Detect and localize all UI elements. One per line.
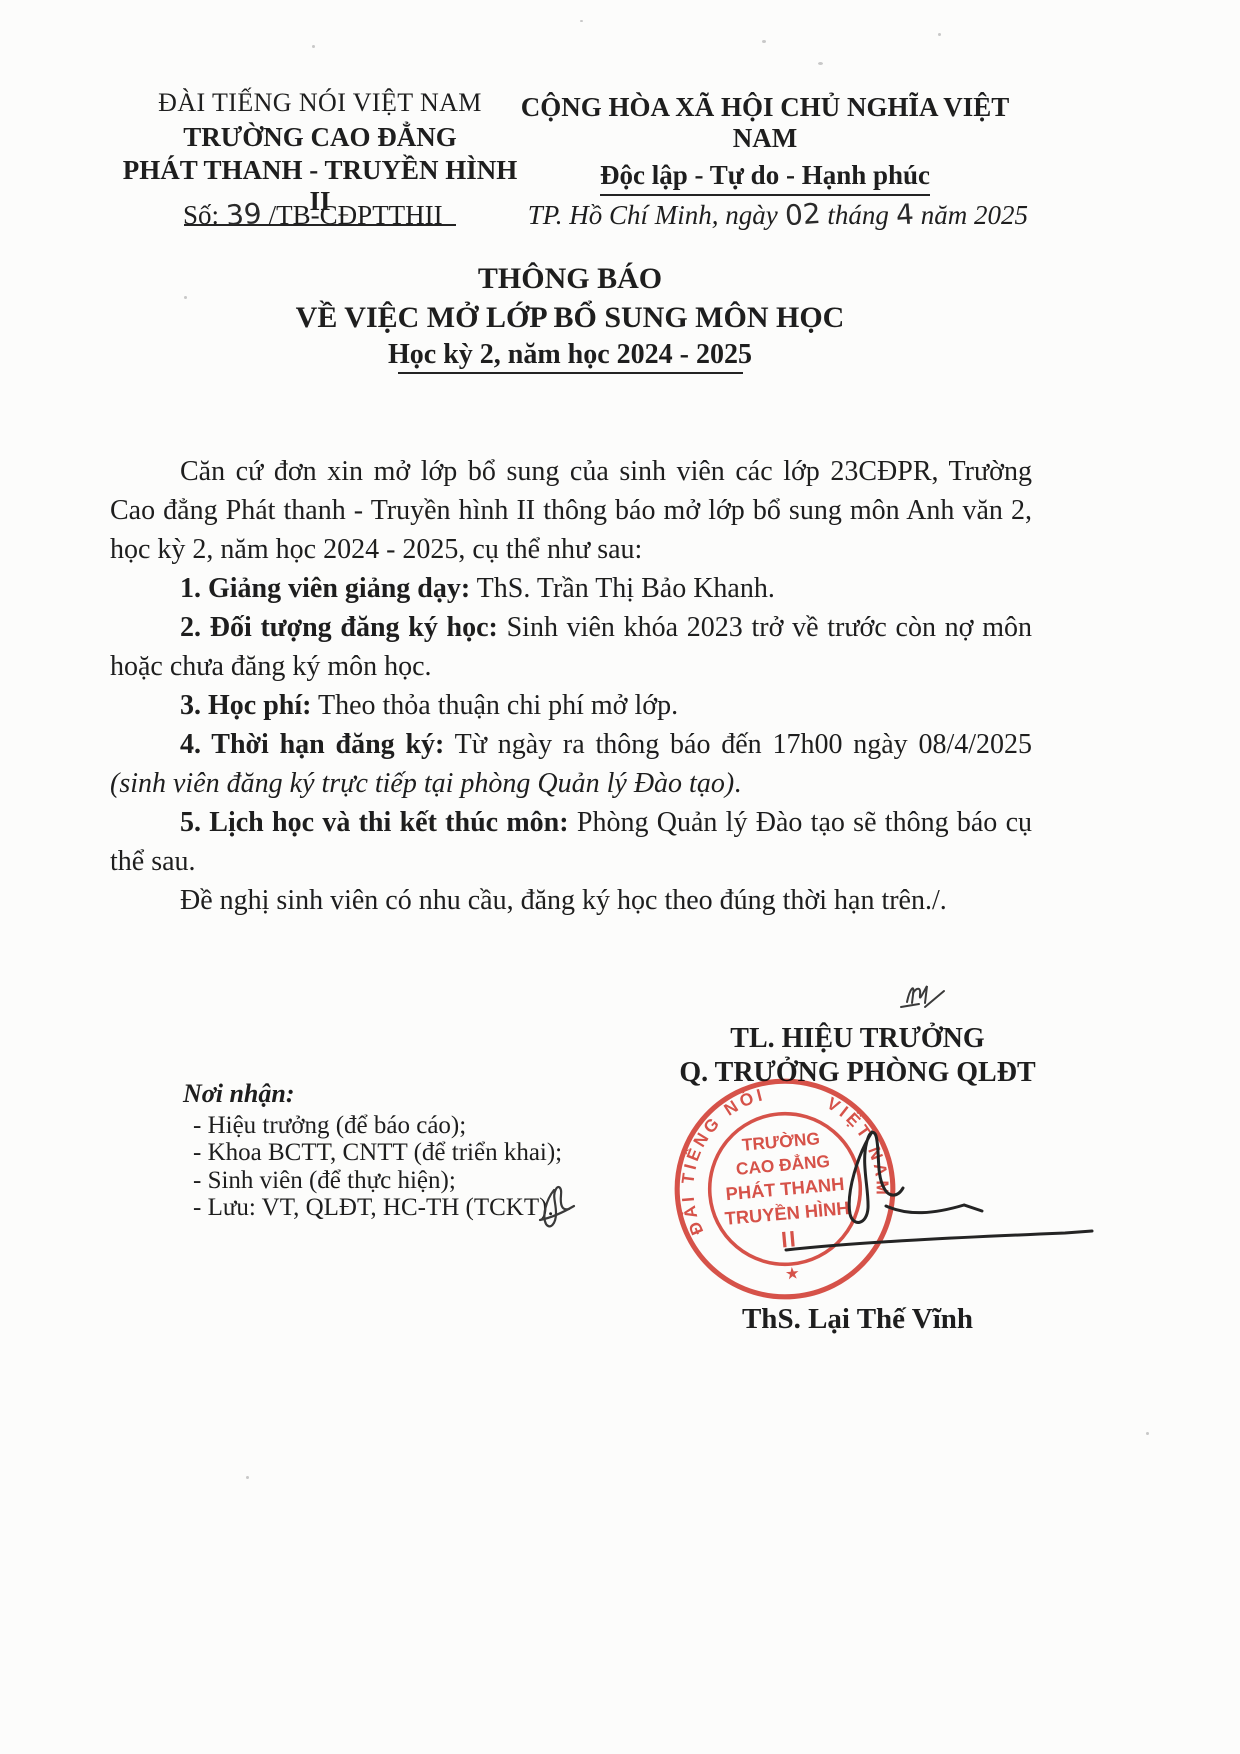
speck <box>580 20 583 22</box>
date-pre: TP. Hồ Chí Minh, ngày <box>528 200 778 230</box>
org-parent-name: ĐÀI TIẾNG NÓI VIỆT NAM <box>120 88 520 118</box>
speck <box>184 296 187 299</box>
item-1: 1. Giảng viên giảng dạy: ThS. Trần Thị B… <box>110 569 1032 608</box>
place-date-line: TP. Hồ Chí Minh, ngày02tháng4năm 2025 <box>528 198 1028 231</box>
title-line2: VỀ VIỆC MỞ LỚP BỔ SUNG MÔN HỌC <box>110 301 1030 335</box>
speck <box>818 62 823 65</box>
recipient-item: - Hiệu trưởng (để báo cáo); <box>183 1112 562 1140</box>
recipients-label: Nơi nhận: <box>183 1080 562 1108</box>
date-mid: tháng <box>827 200 889 230</box>
org-name-line1: TRƯỜNG CAO ĐẲNG <box>120 122 520 153</box>
item-5: 5. Lịch học và thi kết thúc môn: Phòng Q… <box>110 803 1032 881</box>
doc-number-handwritten: 39 <box>225 197 263 232</box>
speck <box>1146 1432 1149 1435</box>
document-body: Căn cứ đơn xin mở lớp bổ sung của sinh v… <box>110 452 1032 920</box>
item-3-text: Theo thỏa thuận chi phí mở lớp. <box>311 690 678 721</box>
title-line1: THÔNG BÁO <box>110 262 1030 296</box>
handwritten-initial-icon <box>898 976 946 1012</box>
title-underline <box>398 372 743 374</box>
recipients-block: Nơi nhận: - Hiệu trưởng (để báo cáo); - … <box>183 1080 562 1222</box>
item-4-text: Từ ngày ra thông báo đến 17h00 ngày 08/4… <box>444 729 1032 760</box>
signature-icon <box>768 1126 1100 1274</box>
date-month-handwritten: 4 <box>895 197 915 231</box>
date-post: năm 2025 <box>921 200 1028 230</box>
motto-line: Độc lập - Tự do - Hạnh phúc <box>600 160 930 196</box>
item-3: 3. Học phí: Theo thỏa thuận chi phí mở l… <box>110 686 1032 725</box>
date-day-handwritten: 02 <box>784 197 822 232</box>
item-4-italic-note: (sinh viên đăng ký trực tiếp tại phòng Q… <box>110 768 734 799</box>
title-line3: Học kỳ 2, năm học 2024 - 2025 <box>110 339 1030 371</box>
document-number-line: Số:39/TB-CĐPTTHII <box>183 198 443 231</box>
republic-title: CỘNG HÒA XÃ HỘI CHỦ NGHĨA VIỆT NAM <box>500 92 1030 154</box>
intro-paragraph: Căn cứ đơn xin mở lớp bổ sung của sinh v… <box>110 452 1032 569</box>
recipient-item: - Sinh viên (để thực hiện); <box>183 1167 562 1195</box>
item-2-label: 2. Đối tượng đăng ký học: <box>180 612 498 643</box>
speck <box>312 45 315 48</box>
doc-number-prefix: Số: <box>183 200 219 230</box>
item-1-text: ThS. Trần Thị Bảo Khanh. <box>470 573 775 604</box>
recipient-item: - Khoa BCTT, CNTT (để triển khai); <box>183 1139 562 1167</box>
item-4-tail: . <box>734 768 741 799</box>
speck <box>762 40 766 43</box>
document-title-block: THÔNG BÁO VỀ VIỆC MỞ LỚP BỔ SUNG MÔN HỌC… <box>110 262 1030 374</box>
speck <box>246 1476 249 1479</box>
signature-authority: TL. HIỆU TRƯỞNG <box>600 1022 1115 1056</box>
handwritten-initial-icon <box>534 1184 578 1234</box>
item-4: 4. Thời hạn đăng ký: Từ ngày ra thông bá… <box>110 725 1032 803</box>
signer-name: ThS. Lại Thế Vĩnh <box>640 1303 1075 1336</box>
document-page: ĐÀI TIẾNG NÓI VIỆT NAM TRƯỜNG CAO ĐẲNG P… <box>0 0 1240 1754</box>
national-header-block: CỘNG HÒA XÃ HỘI CHỦ NGHĨA VIỆT NAM Độc l… <box>500 92 1030 196</box>
item-5-label: 5. Lịch học và thi kết thúc môn: <box>180 807 569 838</box>
speck <box>938 33 941 36</box>
item-2: 2. Đối tượng đăng ký học: Sinh viên khóa… <box>110 608 1032 686</box>
closing-paragraph: Đề nghị sinh viên có nhu cầu, đăng ký họ… <box>110 881 1032 920</box>
doc-number-suffix: /TB-CĐPTTHII <box>269 200 443 230</box>
item-1-label: 1. Giảng viên giảng dạy: <box>180 573 470 604</box>
recipient-item: - Lưu: VT, QLĐT, HC-TH (TCKT). <box>183 1194 562 1222</box>
item-4-label: 4. Thời hạn đăng ký: <box>180 729 444 760</box>
item-3-label: 3. Học phí: <box>180 690 311 721</box>
